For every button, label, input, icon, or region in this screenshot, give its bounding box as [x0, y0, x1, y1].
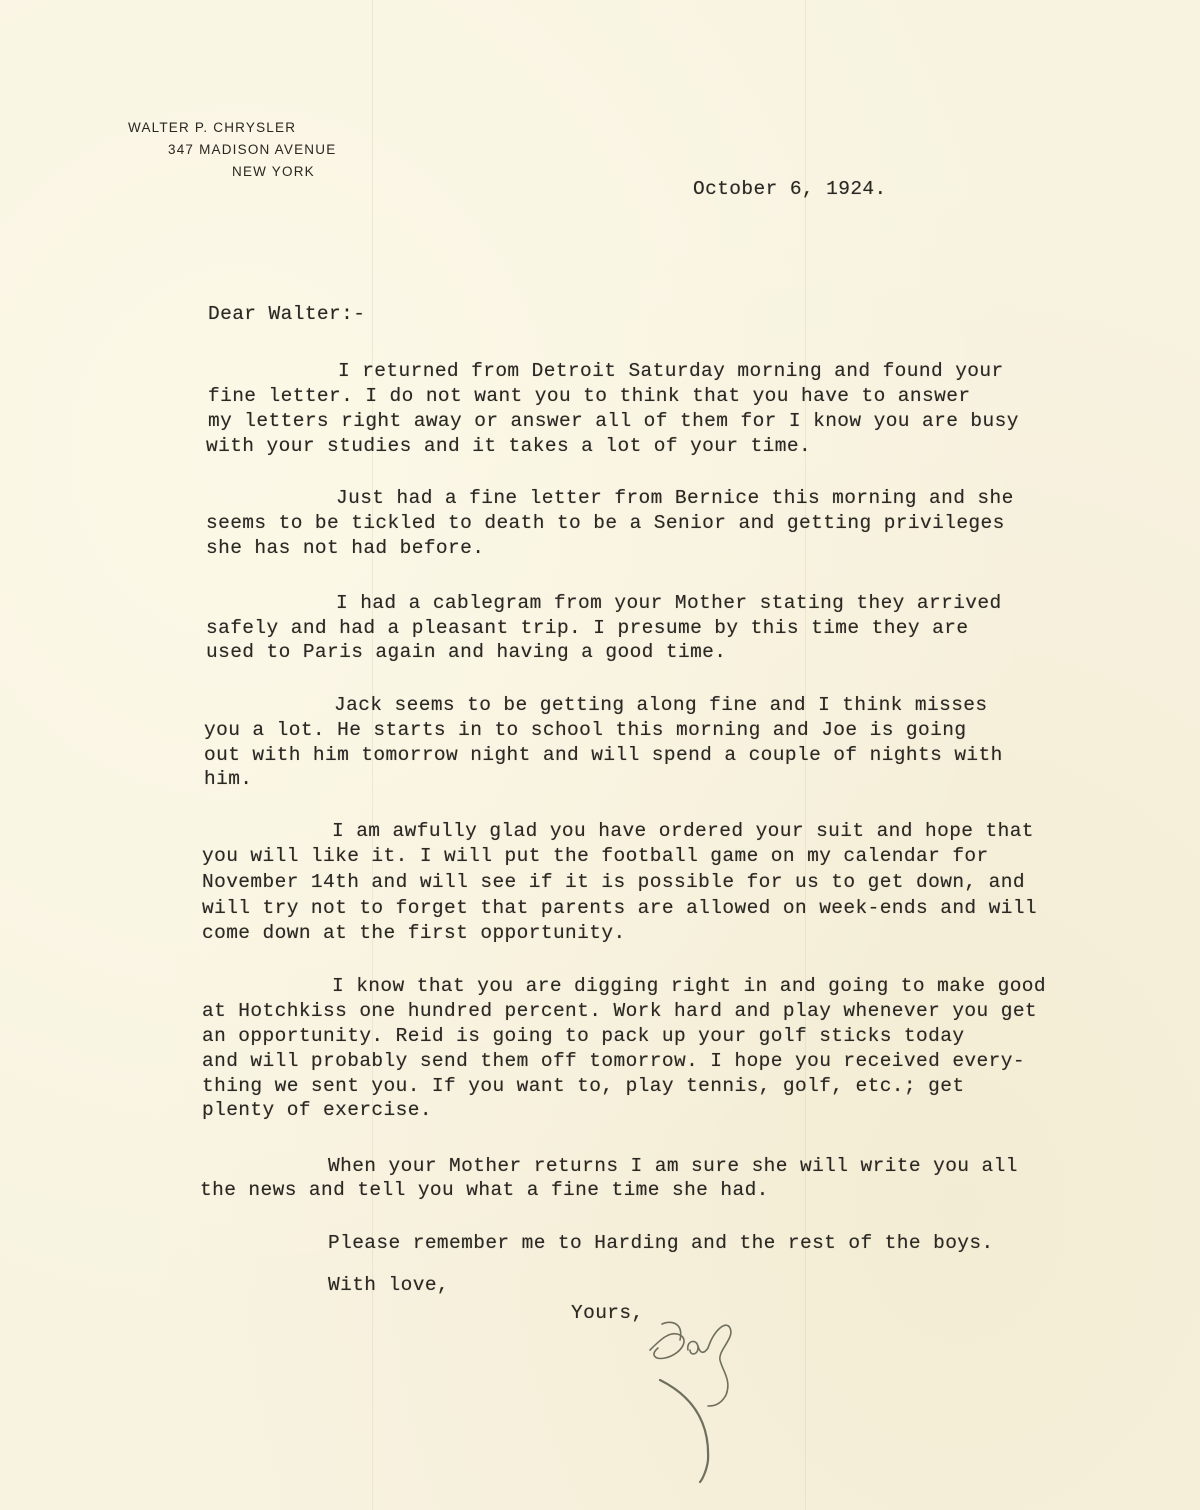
- body-line: you will like it. I will put the footbal…: [202, 845, 989, 867]
- body-line: Just had a fine letter from Bernice this…: [336, 487, 1014, 509]
- body-line: safely and had a pleasant trip. I presum…: [206, 617, 968, 639]
- body-line: Please remember me to Harding and the re…: [328, 1232, 994, 1254]
- body-line: you a lot. He starts in to school this m…: [204, 719, 966, 741]
- body-line: him.: [204, 768, 252, 790]
- body-line: at Hotchkiss one hundred percent. Work h…: [202, 1000, 1037, 1022]
- letterhead-address: 347 MADISON AVENUE: [168, 142, 336, 157]
- letterhead-city: NEW YORK: [232, 164, 315, 179]
- signature-dad: [640, 1310, 780, 1490]
- body-line: November 14th and will see if it is poss…: [202, 871, 1025, 893]
- body-line: used to Paris again and having a good ti…: [206, 641, 726, 663]
- salutation: Dear Walter:-: [208, 303, 365, 325]
- letter-paper: WALTER P. CHRYSLER 347 MADISON AVENUE NE…: [0, 0, 1200, 1510]
- body-line: an opportunity. Reid is going to pack up…: [202, 1025, 964, 1047]
- body-line: I am awfully glad you have ordered your …: [332, 820, 1034, 842]
- letterhead-name: WALTER P. CHRYSLER: [128, 120, 296, 135]
- body-line: I returned from Detroit Saturday morning…: [338, 360, 1004, 382]
- letter-date: October 6, 1924.: [693, 178, 887, 200]
- body-line: and will probably send them off tomorrow…: [202, 1050, 1025, 1072]
- body-line: the news and tell you what a fine time s…: [200, 1179, 769, 1201]
- valediction: Yours,: [571, 1302, 644, 1324]
- body-line: seems to be tickled to death to be a Sen…: [206, 512, 1005, 534]
- body-line: I know that you are digging right in and…: [332, 975, 1046, 997]
- body-line: will try not to forget that parents are …: [202, 897, 1037, 919]
- body-line: Jack seems to be getting along fine and …: [334, 694, 988, 716]
- body-line: plenty of exercise.: [202, 1099, 432, 1121]
- closing: With love,: [328, 1274, 449, 1296]
- body-line: out with him tomorrow night and will spe…: [204, 744, 1003, 766]
- body-line: come down at the first opportunity.: [202, 922, 626, 944]
- body-line: When your Mother returns I am sure she w…: [328, 1155, 1018, 1177]
- body-line: I had a cablegram from your Mother stati…: [336, 592, 1002, 614]
- body-line: she has not had before.: [206, 537, 484, 559]
- body-line: fine letter. I do not want you to think …: [208, 385, 970, 407]
- body-line: with your studies and it takes a lot of …: [206, 435, 811, 457]
- body-line: thing we sent you. If you want to, play …: [202, 1075, 964, 1097]
- body-line: my letters right away or answer all of t…: [208, 410, 1019, 432]
